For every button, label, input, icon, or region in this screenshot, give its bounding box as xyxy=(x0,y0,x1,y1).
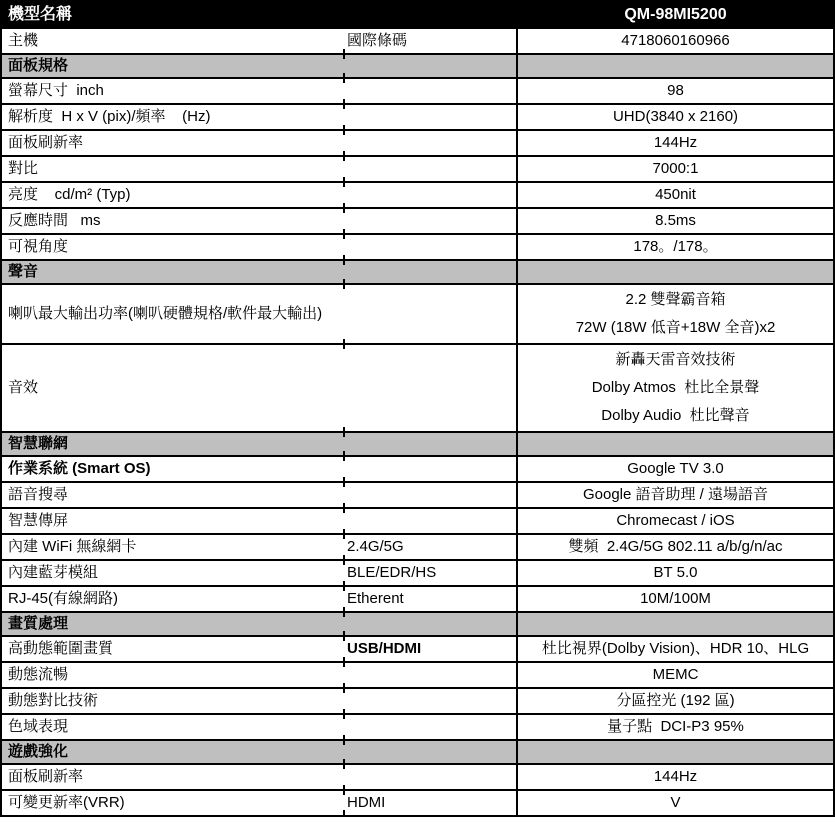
spec-row: 音效新轟天雷音效技術Dolby Atmos 杜比全景聲Dolby Audio 杜… xyxy=(2,343,833,431)
spec-sublabel xyxy=(345,715,516,739)
spec-label: 面板刷新率 xyxy=(2,765,345,789)
spec-label: 音效 xyxy=(2,345,345,431)
spec-value xyxy=(516,55,833,77)
spec-sublabel xyxy=(345,105,516,129)
spec-value: 144Hz xyxy=(516,765,833,789)
spec-row: 解析度 H x V (pix)/頻率 (Hz)UHD(3840 x 2160) xyxy=(2,103,833,129)
spec-label: 色域表現 xyxy=(2,715,345,739)
spec-value: UHD(3840 x 2160) xyxy=(516,105,833,129)
spec-row: 面板刷新率144Hz xyxy=(2,129,833,155)
spec-value: MEMC xyxy=(516,663,833,687)
spec-row: 可變更新率(VRR)HDMIV xyxy=(2,789,833,815)
spec-row: 螢幕尺寸 inch98 xyxy=(2,77,833,103)
spec-value xyxy=(516,261,833,283)
section-title: 聲音 xyxy=(2,261,345,283)
spec-value-line: Dolby Atmos 杜比全景聲 xyxy=(592,374,760,402)
spec-value: 量子點 DCI-P3 95% xyxy=(516,715,833,739)
spec-value: 178。/178。 xyxy=(516,235,833,259)
spec-sublabel xyxy=(345,663,516,687)
spec-label: 可變更新率(VRR) xyxy=(2,791,345,815)
spec-value-line: 新轟天雷音效技術 xyxy=(615,346,735,374)
section-header-row: 面板規格 xyxy=(2,53,833,77)
section-header-row: 聲音 xyxy=(2,259,833,283)
spec-value: 分區控光 (192 區) xyxy=(516,689,833,713)
spec-label: 作業系統 (Smart OS) xyxy=(2,457,345,481)
spec-row: 動態流暢MEMC xyxy=(2,661,833,687)
spec-row: 智慧傳屏Chromecast / iOS xyxy=(2,507,833,533)
spec-value: 10M/100M xyxy=(516,587,833,611)
section-title: 智慧聯網 xyxy=(2,433,345,455)
spec-sublabel xyxy=(345,433,516,455)
spec-value: QM-98MI5200 xyxy=(516,2,833,27)
spec-value-line: Dolby Audio 杜比聲音 xyxy=(601,402,749,430)
spec-sublabel xyxy=(345,183,516,207)
spec-value: 雙頻 2.4G/5G 802.11 a/b/g/n/ac xyxy=(516,535,833,559)
spec-value: 7000:1 xyxy=(516,157,833,181)
spec-value: 450nit xyxy=(516,183,833,207)
spec-sublabel xyxy=(345,157,516,181)
spec-sheet: 機型名稱QM-98MI5200主機國際條碼4718060160966面板規格螢幕… xyxy=(0,0,835,817)
section-title: 面板規格 xyxy=(2,55,345,77)
spec-value: Google 語音助理 / 遠場語音 xyxy=(516,483,833,507)
spec-sublabel xyxy=(345,79,516,103)
spec-sublabel xyxy=(345,457,516,481)
spec-label: 反應時間 ms xyxy=(2,209,345,233)
spec-row: 主機國際條碼4718060160966 xyxy=(2,27,833,53)
section-header-row: 畫質處理 xyxy=(2,611,833,635)
spec-label: 智慧傳屏 xyxy=(2,509,345,533)
spec-sublabel xyxy=(345,131,516,155)
spec-row: 亮度 cd/m² (Typ)450nit xyxy=(2,181,833,207)
spec-label: 解析度 H x V (pix)/頻率 (Hz) xyxy=(2,105,345,129)
spec-row: 喇叭最大輸出功率(喇叭硬體規格/軟件最大輸出)2.2 雙聲霸音箱72W (18W… xyxy=(2,283,833,343)
spec-row: 對比7000:1 xyxy=(2,155,833,181)
spec-label: 動態對比技術 xyxy=(2,689,345,713)
spec-value xyxy=(516,433,833,455)
spec-row: 動態對比技術分區控光 (192 區) xyxy=(2,687,833,713)
spec-sublabel xyxy=(345,345,516,431)
spec-sublabel xyxy=(345,613,516,635)
model-header-row: 機型名稱QM-98MI5200 xyxy=(2,2,833,27)
spec-row: 內建 WiFi 無線網卡2.4G/5G雙頻 2.4G/5G 802.11 a/b… xyxy=(2,533,833,559)
spec-sublabel xyxy=(345,765,516,789)
spec-row: 可視角度178。/178。 xyxy=(2,233,833,259)
spec-sublabel: 2.4G/5G xyxy=(345,535,516,559)
spec-row: 作業系統 (Smart OS)Google TV 3.0 xyxy=(2,455,833,481)
spec-value xyxy=(516,741,833,763)
spec-label: 動態流暢 xyxy=(2,663,345,687)
spec-label: 喇叭最大輸出功率(喇叭硬體規格/軟件最大輸出) xyxy=(2,285,345,343)
section-header-row: 遊戲強化 xyxy=(2,739,833,763)
spec-label: 面板刷新率 xyxy=(2,131,345,155)
spec-sublabel: Etherent xyxy=(345,587,516,611)
spec-sublabel: HDMI xyxy=(345,791,516,815)
spec-sublabel xyxy=(345,261,516,283)
section-title: 遊戲強化 xyxy=(2,741,345,763)
spec-value: 8.5ms xyxy=(516,209,833,233)
spec-label: 語音搜尋 xyxy=(2,483,345,507)
spec-sublabel xyxy=(345,741,516,763)
spec-sublabel xyxy=(345,285,516,343)
spec-row: 面板刷新率144Hz xyxy=(2,763,833,789)
spec-sublabel xyxy=(345,209,516,233)
spec-value: V xyxy=(516,791,833,815)
spec-row: 色域表現量子點 DCI-P3 95% xyxy=(2,713,833,739)
spec-sublabel xyxy=(345,55,516,77)
spec-row: 內建藍芽模組BLE/EDR/HSBT 5.0 xyxy=(2,559,833,585)
spec-value: Chromecast / iOS xyxy=(516,509,833,533)
spec-row: RJ-45(有線網路)Etherent10M/100M xyxy=(2,585,833,611)
spec-sublabel: USB/HDMI xyxy=(345,637,516,661)
spec-label: 螢幕尺寸 inch xyxy=(2,79,345,103)
spec-value: 杜比視界(Dolby Vision)、HDR 10、HLG xyxy=(516,637,833,661)
spec-value: 144Hz xyxy=(516,131,833,155)
spec-label: RJ-45(有線網路) xyxy=(2,587,345,611)
spec-sublabel xyxy=(345,235,516,259)
spec-row: 高動態範圍畫質USB/HDMI杜比視界(Dolby Vision)、HDR 10… xyxy=(2,635,833,661)
section-header-row: 智慧聯網 xyxy=(2,431,833,455)
spec-label: 亮度 cd/m² (Typ) xyxy=(2,183,345,207)
spec-sublabel: BLE/EDR/HS xyxy=(345,561,516,585)
spec-sublabel: 國際條碼 xyxy=(345,29,516,53)
spec-value-line: 72W (18W 低音+18W 全音)x2 xyxy=(576,314,776,342)
spec-sublabel xyxy=(345,689,516,713)
spec-sublabel xyxy=(345,509,516,533)
spec-value: 2.2 雙聲霸音箱72W (18W 低音+18W 全音)x2 xyxy=(516,285,833,343)
spec-value: 98 xyxy=(516,79,833,103)
spec-value: 4718060160966 xyxy=(516,29,833,53)
spec-value: BT 5.0 xyxy=(516,561,833,585)
spec-sublabel xyxy=(345,483,516,507)
spec-sublabel xyxy=(345,2,516,27)
spec-label: 對比 xyxy=(2,157,345,181)
spec-label: 高動態範圍畫質 xyxy=(2,637,345,661)
spec-value xyxy=(516,613,833,635)
spec-value: 新轟天雷音效技術Dolby Atmos 杜比全景聲Dolby Audio 杜比聲… xyxy=(516,345,833,431)
spec-label: 可視角度 xyxy=(2,235,345,259)
spec-label: 主機 xyxy=(2,29,345,53)
section-title: 畫質處理 xyxy=(2,613,345,635)
spec-row: 語音搜尋Google 語音助理 / 遠場語音 xyxy=(2,481,833,507)
spec-value-line: 2.2 雙聲霸音箱 xyxy=(625,286,725,314)
spec-value: Google TV 3.0 xyxy=(516,457,833,481)
spec-row: 反應時間 ms8.5ms xyxy=(2,207,833,233)
spec-label: 內建 WiFi 無線網卡 xyxy=(2,535,345,559)
spec-label: 內建藍芽模組 xyxy=(2,561,345,585)
spec-label: 機型名稱 xyxy=(2,2,345,27)
